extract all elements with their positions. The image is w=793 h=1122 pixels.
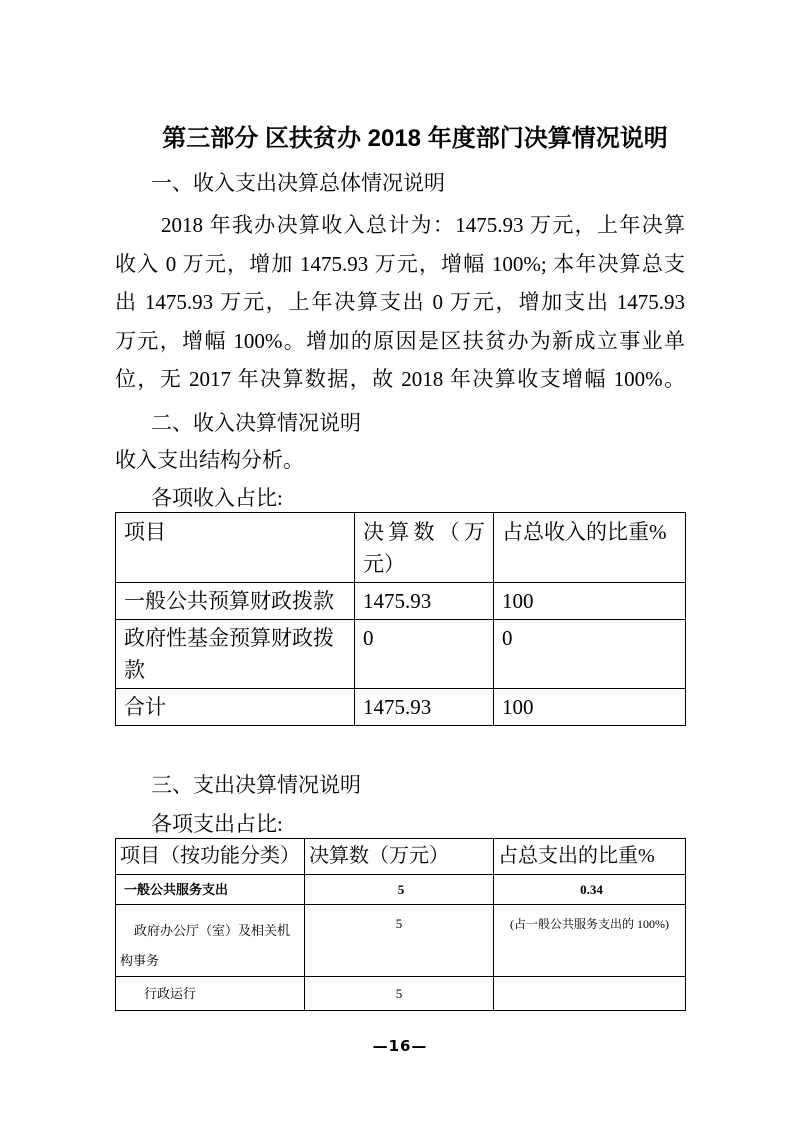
table-cell-share — [494, 976, 686, 1010]
income-table: 项目 决算数（万元） 占总收入的比重% 一般公共预算财政拨款 1475.93 1… — [115, 512, 686, 726]
column-header-amount: 决算数（万元） — [355, 512, 494, 582]
table-cell-share: (占一般公共服务支出的 100%) — [494, 904, 686, 976]
table-row: 行政运行 5 — [116, 976, 686, 1010]
table-row: 一般公共服务支出 5 0.34 — [116, 874, 686, 904]
paragraph-line: 万元，增幅 100%。增加的原因是区扶贫办为新成立事业单 — [115, 322, 685, 361]
table-row: 政府办公厅（室）及相关机构事务 5 (占一般公共服务支出的 100%) — [116, 904, 686, 976]
table-cell-share: 100 — [494, 582, 686, 619]
column-header-share: 占总收入的比重% — [494, 512, 686, 582]
document-page: 第三部分 区扶贫办 2018 年度部门决算情况说明 一、收入支出决算总体情况说明… — [0, 0, 793, 1122]
table-cell-item: 一般公共服务支出 — [116, 874, 305, 904]
page-number: —16— — [115, 1037, 685, 1055]
paragraph-line: 出 1475.93 万元，上年决算支出 0 万元，增加支出 1475.93 — [115, 283, 685, 322]
table-cell-share: 0 — [494, 619, 686, 688]
section-2-heading: 二、收入决算情况说明 — [115, 408, 685, 438]
table-cell-amount: 0 — [355, 619, 494, 688]
table-cell-amount: 5 — [305, 874, 494, 904]
table-cell-amount: 1475.93 — [355, 582, 494, 619]
section-1-heading: 一、收入支出决算总体情况说明 — [115, 168, 685, 198]
column-header-item: 项目（按功能分类） — [116, 838, 305, 874]
table-cell-amount: 5 — [305, 904, 494, 976]
section-1-paragraph: 2018 年我办决算收入总计为：1475.93 万元，上年决算 收入 0 万元，… — [115, 206, 685, 399]
table-cell-share: 100 — [494, 688, 686, 725]
column-header-amount: 决算数（万元） — [305, 838, 494, 874]
income-table-header-row: 项目 决算数（万元） 占总收入的比重% — [116, 512, 686, 582]
paragraph-line: 2018 年我办决算收入总计为：1475.93 万元，上年决算 — [115, 206, 685, 245]
table-cell-item: 一般公共预算财政拨款 — [116, 582, 355, 619]
expense-table: 项目（按功能分类） 决算数（万元） 占总支出的比重% 一般公共服务支出 5 0.… — [115, 838, 686, 1011]
income-table-caption: 各项收入占比: — [115, 484, 685, 512]
paragraph-line: 收入 0 万元，增加 1475.93 万元，增幅 100%; 本年决算总支 — [115, 245, 685, 284]
table-cell-item: 合计 — [116, 688, 355, 725]
section-3-heading: 三、支出决算情况说明 — [115, 770, 685, 800]
table-cell-item: 政府性基金预算财政拨款 — [116, 619, 355, 688]
table-cell-share: 0.34 — [494, 874, 686, 904]
table-cell-item: 行政运行 — [116, 976, 305, 1010]
table-cell-amount: 1475.93 — [355, 688, 494, 725]
table-row: 政府性基金预算财政拨款 0 0 — [116, 619, 686, 688]
table-row-total: 合计 1475.93 100 — [116, 688, 686, 725]
expense-table-caption: 各项支出占比: — [115, 810, 685, 838]
expense-table-header-row: 项目（按功能分类） 决算数（万元） 占总支出的比重% — [116, 838, 686, 874]
analysis-line: 收入支出结构分析。 — [115, 446, 685, 474]
page-title: 第三部分 区扶贫办 2018 年度部门决算情况说明 — [115, 122, 685, 156]
paragraph-line: 位，无 2017 年决算数据，故 2018 年决算收支增幅 100%。 — [115, 360, 685, 399]
table-row: 一般公共预算财政拨款 1475.93 100 — [116, 582, 686, 619]
table-cell-item: 政府办公厅（室）及相关机构事务 — [116, 904, 305, 976]
column-header-item: 项目 — [116, 512, 355, 582]
column-header-share: 占总支出的比重% — [494, 838, 686, 874]
table-cell-amount: 5 — [305, 976, 494, 1010]
